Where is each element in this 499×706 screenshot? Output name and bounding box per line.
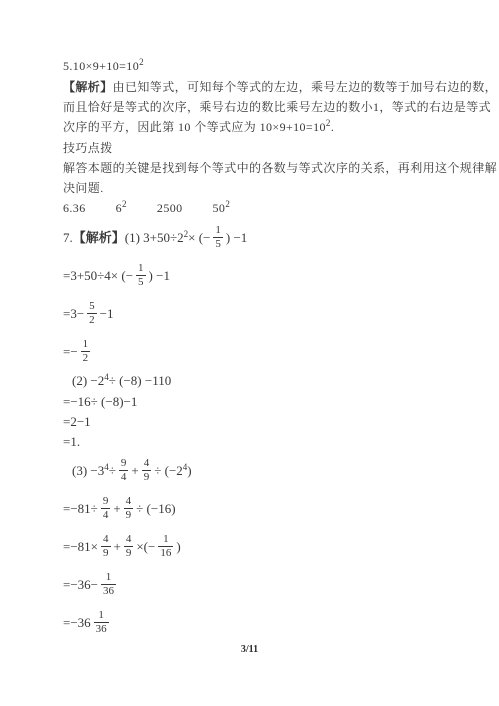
text-run: =2−1 — [63, 414, 91, 429]
text-run: (1) 3+50÷2 — [125, 230, 184, 245]
superscript-exponent: 2 — [225, 199, 230, 209]
text-run: 7. — [63, 230, 73, 245]
text-run: ÷ (−8) −110 — [109, 373, 171, 388]
superscript-exponent: 4 — [183, 462, 188, 472]
fraction-denominator: 9 — [124, 547, 134, 560]
text-run: ) — [176, 539, 180, 554]
text-run: −1 — [100, 306, 114, 321]
text-run: =−81÷ — [63, 501, 98, 516]
fraction-denominator: 9 — [124, 509, 134, 522]
equation-line: =3+50÷4× (−15) −1 — [63, 257, 443, 295]
text-run: + — [131, 463, 138, 478]
text-run: ) — [187, 463, 191, 478]
equation-line: =−81×49+49×(−116) — [63, 528, 443, 566]
fraction-numerator: 9 — [119, 457, 129, 471]
superscript-exponent: 2 — [122, 199, 127, 209]
fraction-numerator: 1 — [158, 533, 173, 547]
text-run: 5.10×9+10=10 — [63, 59, 139, 73]
fraction-denominator: 9 — [101, 547, 111, 560]
text-run: =− — [63, 344, 78, 359]
fraction: 52 — [87, 300, 97, 326]
fraction: 49 — [101, 533, 111, 559]
text-run: 由已知等式，可知每个等式的左边，乘号左边的数等于加号右边的数， — [113, 80, 497, 94]
fraction-numerator: 1 — [81, 338, 91, 352]
text-run: 次序的平方，因此第 10 个等式应为 10×9+10=10 — [63, 120, 326, 134]
text-run: ×(− — [136, 539, 155, 554]
fraction: 116 — [158, 533, 173, 559]
fraction-denominator: 2 — [87, 314, 97, 327]
text-run: =−81× — [63, 539, 98, 554]
equation-line: =2−1 — [63, 412, 443, 432]
bold-label: 【解析】 — [63, 80, 113, 94]
equation-line: =−81÷94+49÷ (−16) — [63, 490, 443, 528]
fraction: 49 — [124, 495, 134, 521]
fraction-denominator: 9 — [142, 471, 152, 484]
text-run: 而且恰好是等式的次序，乘号右边的数比乘号左边的数小1，等式的右边是等式 — [63, 100, 491, 114]
fraction-denominator: 4 — [119, 471, 129, 484]
fraction-denominator: 36 — [101, 585, 116, 598]
text-run: 解答本题的关键是找到每个等式中的各数与等式次序的关系，再利用这个规律解 — [63, 161, 497, 175]
fraction: 94 — [119, 457, 129, 483]
fraction-denominator: 5 — [213, 238, 223, 251]
fraction: 49 — [142, 457, 152, 483]
text-run: . — [331, 120, 334, 134]
text-run: ÷ (−16) — [136, 501, 175, 516]
text-run: =3− — [63, 306, 84, 321]
text-run: + — [113, 501, 120, 516]
fraction-denominator: 5 — [136, 276, 146, 289]
text-run: ÷ (−2 — [154, 463, 183, 478]
fraction: 136 — [94, 609, 109, 635]
text-run: 6.36 — [63, 201, 86, 215]
text-line: 5.10×9+10=102 — [63, 56, 443, 77]
fraction: 12 — [81, 338, 91, 364]
superscript-exponent: 2 — [184, 229, 189, 239]
fraction: 136 — [101, 571, 116, 597]
superscript-exponent: 4 — [104, 372, 109, 382]
superscript-exponent: 2 — [139, 57, 144, 67]
text-run: 决问题. — [63, 181, 104, 195]
document-page: 5.10×9+10=102【解析】由已知等式，可知每个等式的左边，乘号左边的数等… — [0, 0, 499, 706]
fraction-numerator: 1 — [213, 224, 223, 238]
text-run: =−36 — [63, 615, 91, 630]
text-run: ÷ — [109, 463, 116, 478]
equation-line: (3) −34÷94+49÷ (−24) — [63, 452, 443, 490]
fraction: 49 — [124, 533, 134, 559]
text-run: + — [114, 539, 121, 554]
page-number: 3/11 — [0, 644, 499, 655]
text-line: 次序的平方，因此第 10 个等式应为 10×9+10=102. — [63, 117, 443, 138]
text-line: 而且恰好是等式的次序，乘号右边的数比乘号左边的数小1，等式的右边是等式 — [63, 97, 443, 117]
equation-line: (2) −24÷ (−8) −110 — [63, 371, 443, 392]
fraction-numerator: 1 — [101, 571, 116, 585]
equation-line: =−12 — [63, 333, 443, 371]
superscript-exponent: 2 — [326, 118, 331, 128]
equation-line: =3−52−1 — [63, 295, 443, 333]
text-run: =3+50÷4× (− — [63, 268, 133, 283]
text-run: ) −1 — [149, 268, 170, 283]
text-run: 50 — [213, 201, 226, 215]
fraction: 94 — [101, 495, 111, 521]
text-run: =−36− — [63, 577, 98, 592]
equation-line: =−36136 — [63, 604, 443, 642]
superscript-exponent: 4 — [104, 462, 109, 472]
text-run: ) −1 — [226, 230, 247, 245]
text-run: 2500 — [157, 201, 183, 215]
text-run: (3) −3 — [72, 463, 104, 478]
text-run: =−16÷ (−8)−1 — [63, 394, 137, 409]
text-line: 6.36622500502 — [63, 198, 443, 219]
document-lines: 5.10×9+10=102【解析】由已知等式，可知每个等式的左边，乘号左边的数等… — [63, 56, 443, 642]
equation-line: =−16÷ (−8)−1 — [63, 392, 443, 412]
fraction-denominator: 36 — [94, 623, 109, 636]
fraction-denominator: 16 — [158, 547, 173, 560]
text-run: × (− — [188, 230, 210, 245]
equation-line: =1. — [63, 432, 443, 452]
fraction: 15 — [213, 224, 223, 250]
fraction-numerator: 1 — [94, 609, 109, 623]
text-run: 技巧点拨 — [63, 141, 113, 155]
fraction-numerator: 5 — [87, 300, 97, 314]
fraction-numerator: 1 — [136, 262, 146, 276]
equation-line: 7.【解析】(1) 3+50÷22× (−15) −1 — [63, 219, 443, 257]
fraction-numerator: 9 — [101, 495, 111, 509]
equation-line: =−36−136 — [63, 566, 443, 604]
fraction-denominator: 4 — [101, 509, 111, 522]
fraction-numerator: 4 — [124, 533, 134, 547]
bold-label: 【解析】 — [73, 230, 125, 245]
fraction-denominator: 2 — [81, 352, 91, 365]
text-run: =1. — [63, 434, 80, 449]
fraction: 15 — [136, 262, 146, 288]
text-line: 解答本题的关键是找到每个等式中的各数与等式次序的关系，再利用这个规律解 — [63, 158, 443, 178]
text-line: 技巧点拨 — [63, 138, 443, 158]
text-run: (2) −2 — [72, 373, 104, 388]
fraction-numerator: 4 — [101, 533, 111, 547]
fraction-numerator: 4 — [124, 495, 134, 509]
text-line: 决问题. — [63, 178, 443, 198]
text-line: 【解析】由已知等式，可知每个等式的左边，乘号左边的数等于加号右边的数， — [63, 77, 443, 97]
fraction-numerator: 4 — [142, 457, 152, 471]
